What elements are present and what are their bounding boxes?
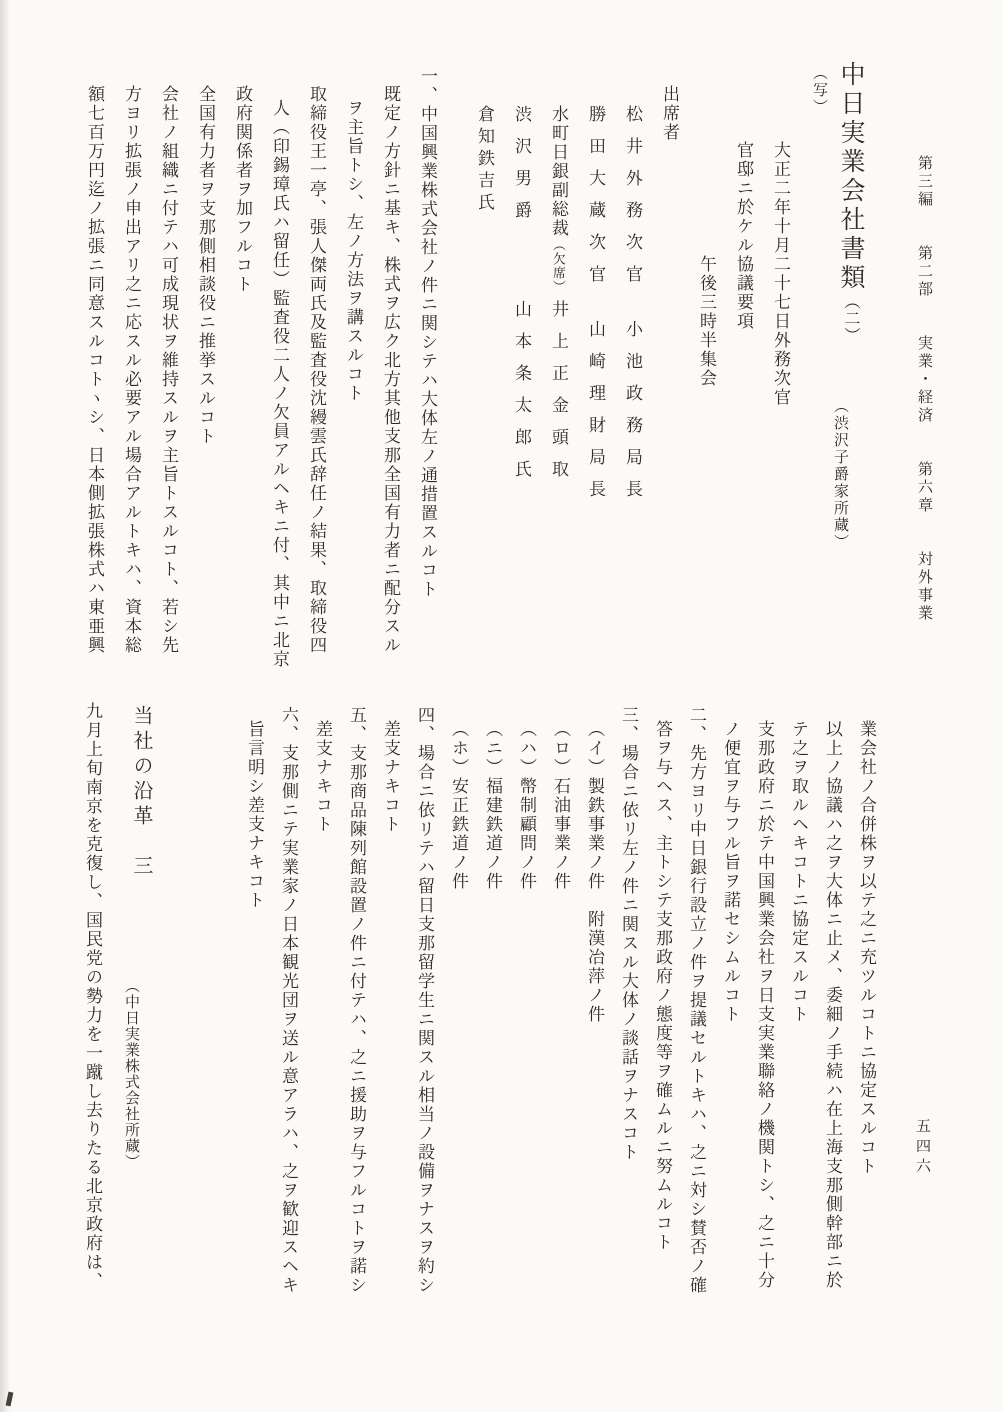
attendee-name-secondary: 山崎理財局長: [567, 320, 604, 512]
column-gap: [151, 690, 229, 1314]
agenda-line: 一、中国興業株式会社ノ件ニ関シテハ大体左ノ通措置スルコト: [399, 55, 436, 673]
attendee-column: 渋沢男爵 山本条太郎氏: [493, 55, 530, 673]
attendee-column: 勝田大蔵次官 山崎理財局長: [567, 55, 604, 673]
agenda-line: ヲ主旨トシ、左ノ方法ヲ講スルコト: [325, 55, 362, 673]
agenda-line: （ハ）幣制顧問ノ件: [501, 690, 535, 1314]
attendee-column: 松井外務次官 小池政務局長: [604, 55, 641, 673]
meeting-time-line: 午後三時半集会: [678, 55, 715, 673]
attendee-name-primary: 倉知鉄吉氏: [475, 105, 494, 215]
attendee-name-primary: 松井外務次官: [623, 105, 642, 297]
agenda-line: 全国有力者ヲ支那側相談役ニ推挙スルコト: [177, 55, 214, 673]
agenda-line: （ホ）安正鉄道ノ件: [433, 690, 467, 1314]
section-heading: 当社の沿革 三: [130, 705, 152, 880]
meeting-place-line: 官邸ニ於ケル協議要項: [715, 55, 752, 673]
section-body-line: 九月上旬南京を克復し、国民党の勢力を一蹴し去りたる北京政府は、: [67, 690, 101, 1314]
agenda-line: 四、場合ニ依リテハ留日支那留学生ニ関スル相当ノ設備ヲナスヲ約シ: [399, 690, 433, 1314]
agenda-line: テ之ヲ取ルヘキコトニ協定スルコト: [773, 690, 807, 1314]
scan-edge-shade: [0, 0, 10, 1412]
section-source: （中日実業株式会社所蔵）: [123, 978, 138, 1170]
running-header: 第三編 第二部 実業・経済 第六章 対外事業: [914, 155, 935, 623]
attendee-name-primary: 渋沢男爵: [512, 105, 531, 233]
agenda-line: 差支ナキコト: [297, 690, 331, 1314]
agenda-line: 人（印錫璋氏ハ留任）監査役二人ノ欠員アルヘキニ付、其中ニ北京: [251, 55, 288, 673]
agenda-line: 既定ノ方針ニ基キ、株式ヲ広ク北方其他支那全国有力者ニ配分スル: [362, 55, 399, 673]
attendee-name-secondary: 山本条太郎氏: [493, 300, 530, 492]
agenda-line: 六、支那側ニテ実業家ノ日本観光団ヲ送ル意アラハ、之ヲ歓迎スヘキ: [263, 690, 297, 1314]
agenda-line: 方ヨリ拡張ノ申出アリ之ニ応スル必要アル場合アルトキハ、資本総: [103, 55, 140, 673]
doc-title-column: 中日実業会社書類（二） （渋沢子爵家所蔵）: [826, 55, 863, 673]
agenda-line: （イ）製鉄事業ノ件 附漢冶萍ノ件: [569, 690, 603, 1314]
attendee-name-secondary: 井上正金頭取: [530, 300, 567, 492]
agenda-line: 三、場合ニ依リ左ノ件ニ関スル大体ノ談話ヲナスコト: [603, 690, 637, 1314]
section-heading-column: 当社の沿革 三 （中日実業株式会社所蔵）: [117, 690, 151, 1314]
attendee-note: （欠席）: [551, 238, 566, 294]
agenda-line: （ロ）石油事業ノ件: [535, 690, 569, 1314]
attendees-label: 出席者: [641, 55, 678, 673]
copy-note: （写）: [789, 55, 826, 673]
agenda-line: 会社ノ組織ニ付テハ可成現状ヲ維持スルヲ主旨トスルコト、若シ先: [140, 55, 177, 673]
doc-title-number: （二）: [842, 293, 859, 344]
doc-title: 中日実業会社書類: [837, 61, 864, 293]
agenda-line: 取締役王一亭、張人傑両氏及監査役沈縵雲氏辞任ノ結果、取締役四: [288, 55, 325, 673]
agenda-line: （ニ）福建鉄道ノ件: [467, 690, 501, 1314]
lower-text-block: 業会社ノ合併株ヲ以テ之ニ充ツルコトニ協定スルコト 以上ノ協議ハ之ヲ大体ニ止メ、委…: [67, 690, 875, 1314]
agenda-line: 旨言明シ差支ナキコト: [229, 690, 263, 1314]
agenda-line: 額七百万円迄ノ拡張ニ同意スルコトヽシ、日本側拡張株式ハ東亜興: [66, 55, 103, 673]
agenda-line: 二、先方ヨリ中日銀行設立ノ件ヲ提議セルトキハ、之ニ対シ賛否ノ確: [671, 690, 705, 1314]
column-gap: [101, 690, 117, 1314]
attendee-name-primary: 勝田大蔵次官: [586, 105, 605, 297]
page-number: 五四六: [912, 1118, 933, 1178]
agenda-line: 差支ナキコト: [365, 690, 399, 1314]
attendee-name-primary: 水町日銀副総裁: [549, 105, 568, 238]
agenda-line: 政府関係者ヲ加フルコト: [214, 55, 251, 673]
agenda-line: 答ヲ与ヘス、主トシテ支那政府ノ態度等ヲ確ムルニ努ムルコト: [637, 690, 671, 1314]
page: 第三編 第二部 実業・経済 第六章 対外事業 五四六 中日実業会社書類（二） （…: [0, 0, 1003, 1412]
attendee-column: 倉知鉄吉氏: [456, 55, 493, 673]
column-gap: [436, 55, 456, 673]
agenda-line: ノ便宜ヲ与フル旨ヲ諾セシムルコト: [705, 690, 739, 1314]
upper-text-block: 中日実業会社書類（二） （渋沢子爵家所蔵） （写） 大正二年十月二十七日外務次官…: [66, 55, 863, 673]
doc-source: （渋沢子爵家所蔵）: [832, 398, 847, 551]
agenda-line: 以上ノ協議ハ之ヲ大体ニ止メ、委細ノ手続ハ在上海支那側幹部ニ於: [807, 690, 841, 1314]
meeting-date-line: 大正二年十月二十七日外務次官: [752, 55, 789, 673]
attendee-column: 水町日銀副総裁（欠席） 井上正金頭取: [530, 55, 567, 673]
attendee-name-secondary: 小池政務局長: [604, 320, 641, 512]
agenda-line: 支那政府ニ於テ中国興業会社ヲ日支実業聯絡ノ機関トシ、之ニ十分: [739, 690, 773, 1314]
agenda-line: 業会社ノ合併株ヲ以テ之ニ充ツルコトニ協定スルコト: [841, 690, 875, 1314]
agenda-line: 五、支那商品陳列館設置ノ件ニ付テハ、之ニ援助ヲ与フルコトヲ諾シ: [331, 690, 365, 1314]
